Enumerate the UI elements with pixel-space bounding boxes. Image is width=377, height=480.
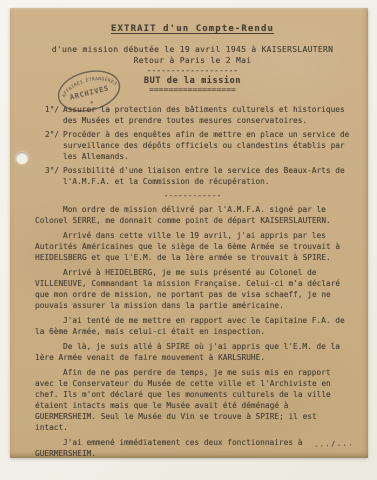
paragraph-2: Arrivé dans cette ville le 19 avril, j'a… bbox=[35, 230, 350, 263]
paragraph-4: J'ai tenté de me mettre en rapport avec … bbox=[35, 315, 350, 337]
goal-text: Procéder à des enquêtes afin de mettre e… bbox=[63, 130, 349, 161]
goal-item-3: 3°/ Possibilité d'une liaison entre le s… bbox=[45, 165, 350, 187]
return-subtitle: Retour à Paris le 2 Mai bbox=[35, 56, 350, 65]
scanned-document: EXTRAIT d'un Compte-Rendu d'une mission … bbox=[0, 0, 377, 480]
goal-number: 3°/ bbox=[45, 165, 59, 176]
dash-separator: ------------------- bbox=[35, 66, 350, 75]
mission-goals-list: 1°/ Assurer la protection des bâtiments … bbox=[45, 104, 350, 187]
paragraph-1: Mon ordre de mission délivré par l'A.M.F… bbox=[35, 204, 350, 226]
report-body: Mon ordre de mission délivré par l'A.M.F… bbox=[35, 204, 350, 459]
section-heading-underline: ================== bbox=[35, 86, 350, 94]
goal-item-2: 2°/ Procéder à des enquêtes afin de mett… bbox=[45, 129, 350, 162]
paragraph-7: J'ai emmené immédiatement ces deux fonct… bbox=[35, 437, 350, 459]
goal-item-1: 1°/ Assurer la protection des bâtiments … bbox=[45, 104, 350, 126]
document-page: EXTRAIT d'un Compte-Rendu d'une mission … bbox=[10, 8, 368, 458]
document-title: EXTRAIT d'un Compte-Rendu bbox=[35, 24, 350, 34]
goal-text: Assurer la protection des bâtiments cult… bbox=[63, 105, 345, 125]
continuation-mark: .../... bbox=[314, 439, 354, 448]
goals-separator: ------------ bbox=[35, 191, 350, 201]
document-header: EXTRAIT d'un Compte-Rendu d'une mission … bbox=[35, 24, 350, 94]
paragraph-5: De là, je suis allé à SPIRE où j'ai appr… bbox=[35, 341, 350, 363]
goal-number: 2°/ bbox=[45, 129, 59, 140]
goal-number: 1°/ bbox=[45, 104, 59, 115]
paragraph-3: Arrivé à HEIDELBERG, je me suis présenté… bbox=[35, 267, 350, 311]
paragraph-6: Afin de ne pas perdre de temps, je me su… bbox=[35, 367, 350, 433]
punch-hole bbox=[16, 152, 28, 164]
goal-text: Possibilité d'une liaison entre le servi… bbox=[63, 166, 345, 186]
mission-subtitle: d'une mission débutée le 19 avril 1945 à… bbox=[35, 45, 350, 54]
